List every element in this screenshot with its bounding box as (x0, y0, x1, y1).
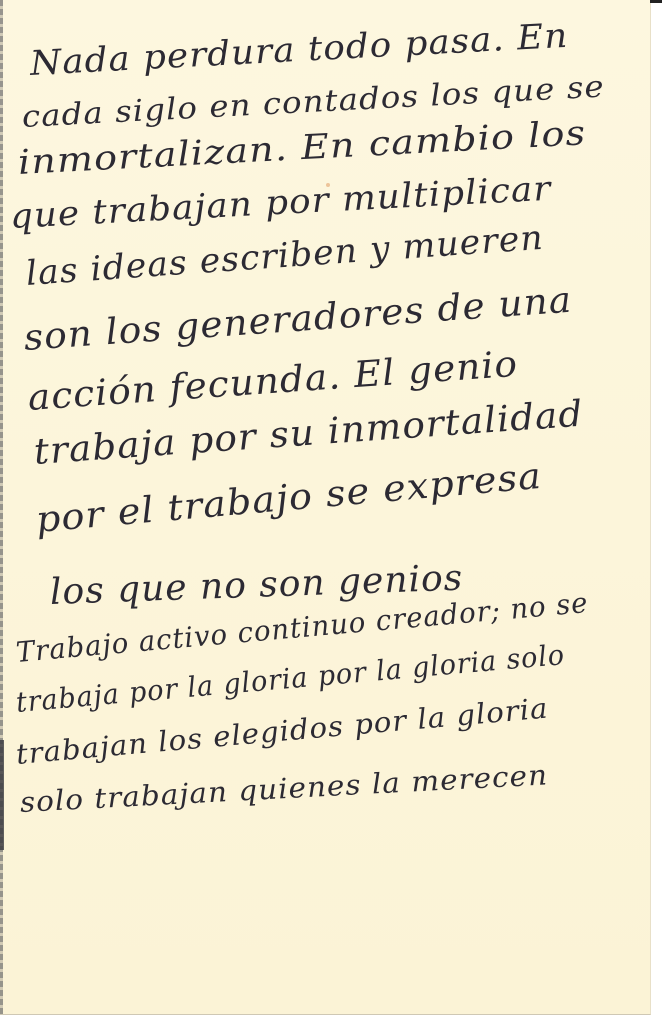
handwritten-line-14: solo trabajan quienes la merecen (19, 758, 549, 819)
scan-edge-top-right (650, 0, 662, 3)
scan-edge-left (0, 0, 3, 1014)
manuscript-page: Nada perdura todo pasa. En cada siglo en… (0, 0, 651, 1015)
scan-shadow (0, 740, 4, 850)
handwritten-line-9: por el trabajo se expresa (34, 456, 543, 541)
handwritten-line-1: Nada perdura todo pasa. En (29, 16, 569, 84)
